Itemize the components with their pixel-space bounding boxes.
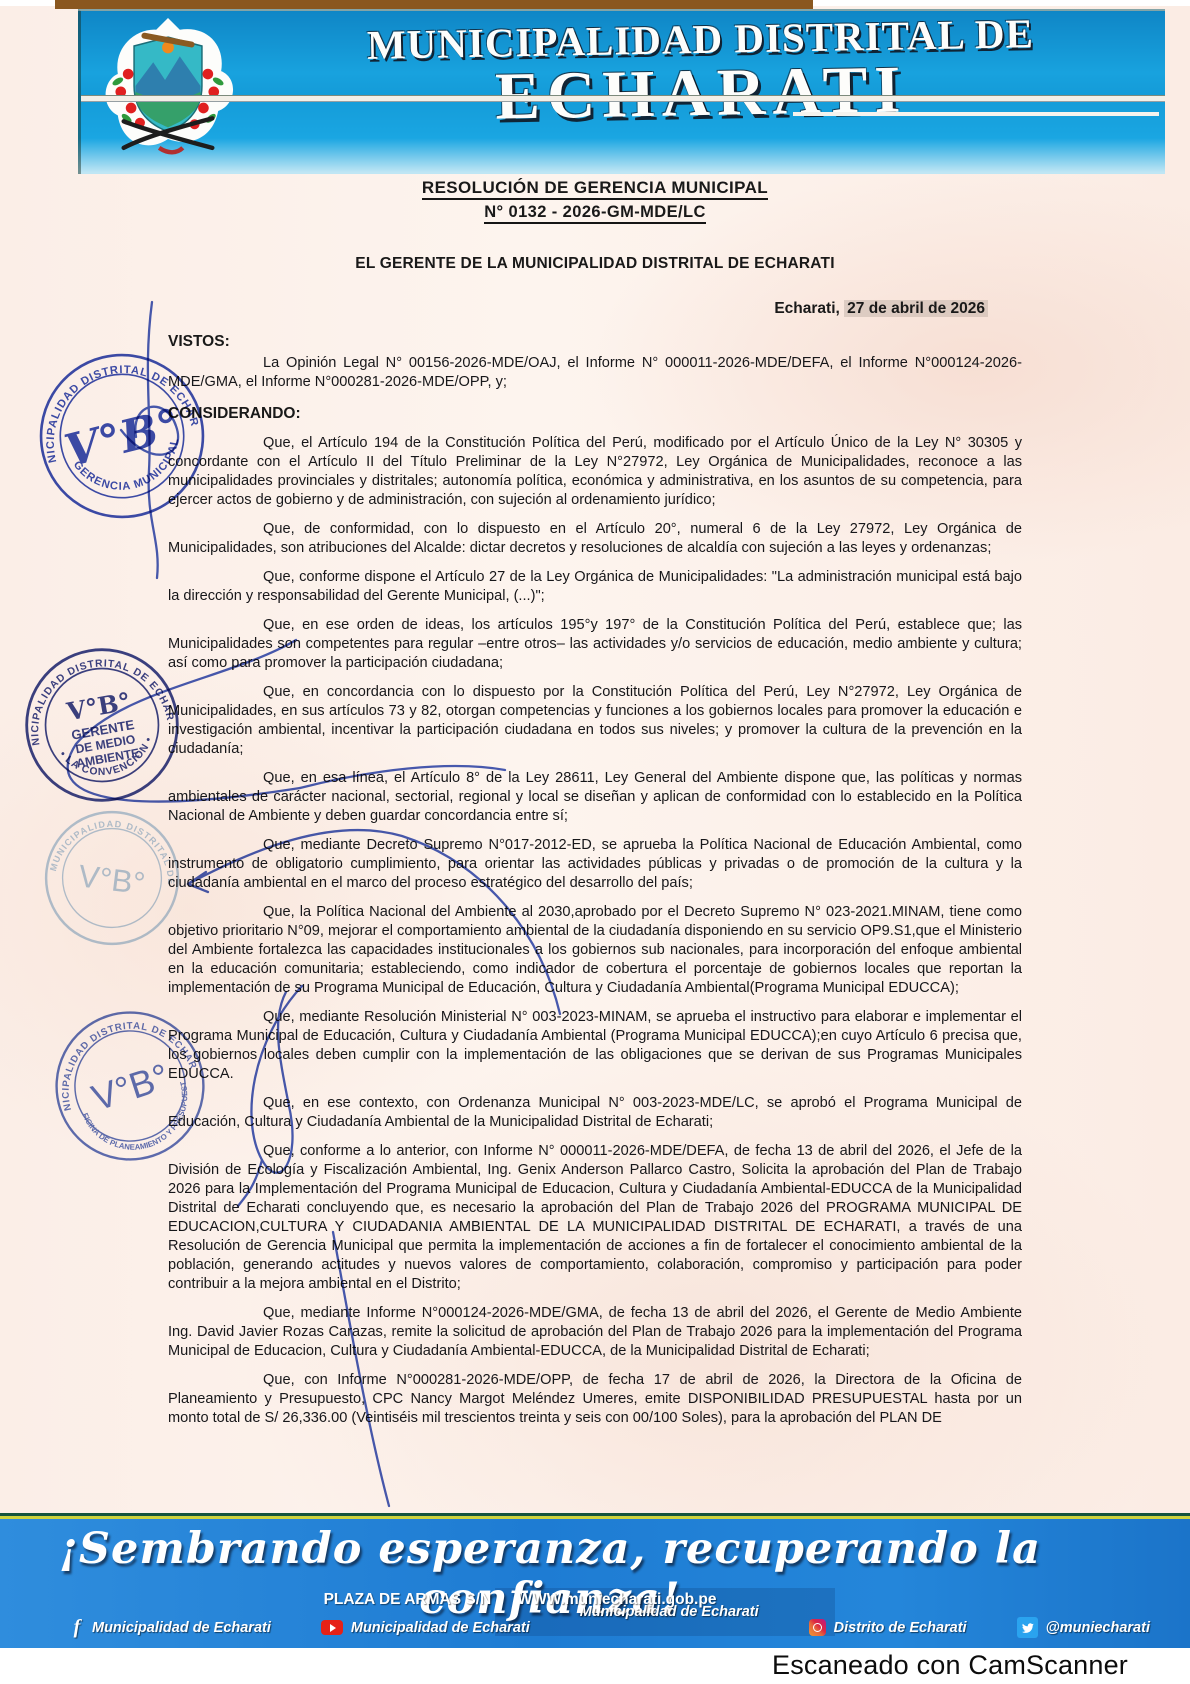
header-banner: MUNICIPALIDAD DISTRITAL DE ECHARATI xyxy=(78,9,1165,174)
social-label: Distrito de Echarati xyxy=(834,1620,967,1636)
dateline-date: 27 de abril de 2026 xyxy=(844,300,988,317)
social-link-3[interactable]: Municipalidad de Echarati xyxy=(580,1604,759,1620)
considerando-paragraph: Que, con Informe N°000281-2026-MDE/OPP, … xyxy=(168,1371,1022,1428)
considerando-paragraph: Que, mediante Resolución Ministerial N° … xyxy=(168,1008,1022,1084)
considerando-label: CONSIDERANDO: xyxy=(168,405,1022,423)
social-link-2[interactable]: Municipalidad de Echarati xyxy=(321,1620,530,1636)
vistos-paragraph: La Opinión Legal N° 00156-2026-MDE/OAJ, … xyxy=(168,354,1022,392)
footer-slogan: ¡Sembrando esperanza, recuperando la con… xyxy=(0,1524,1100,1624)
social-label: Municipalidad de Echarati xyxy=(351,1620,530,1636)
considerando-paragraph: Que, conforme a lo anterior, con Informe… xyxy=(168,1142,1022,1294)
social-label: Municipalidad de Echarati xyxy=(92,1620,271,1636)
dateline-place: Echarati, xyxy=(774,300,839,317)
resolution-number: N° 0132 - 2026-GM-MDE/LC xyxy=(168,203,1022,222)
considerando-paragraphs: Que, el Artículo 194 de la Constitución … xyxy=(168,434,1022,1428)
camscanner-attribution: Escaneado con CamScanner xyxy=(772,1650,1128,1681)
resolution-title: RESOLUCIÓN DE GERENCIA MUNICIPAL xyxy=(168,178,1022,198)
instagram-icon xyxy=(809,1619,826,1636)
footer-social-row: fMunicipalidad de EcharatiMunicipalidad … xyxy=(70,1616,1150,1639)
considerando-paragraph: Que, conforme dispone el Artículo 27 de … xyxy=(168,568,1022,606)
scanned-resolution-page: MUNICIPALIDAD DISTRITAL DE ECHARATI RESO… xyxy=(0,0,1190,1684)
considerando-paragraph: Que, el Artículo 194 de la Constitución … xyxy=(168,434,1022,510)
considerando-paragraph: Que, en ese contexto, con Ordenanza Muni… xyxy=(168,1094,1022,1132)
dateline: Echarati, 27 de abril de 2026 xyxy=(168,300,1022,318)
org-title-block: MUNICIPALIDAD DISTRITAL DE ECHARATI xyxy=(250,7,1152,140)
considerando-paragraph: Que, la Política Nacional del Ambiente a… xyxy=(168,903,1022,998)
document-body: RESOLUCIÓN DE GERENCIA MUNICIPAL N° 0132… xyxy=(168,178,1022,1438)
considerando-paragraph: Que, mediante Informe N°000124-2026-MDE/… xyxy=(168,1304,1022,1361)
camscanner-strip: Escaneado con CamScanner xyxy=(0,1648,1190,1684)
social-label: Municipalidad de Echarati xyxy=(580,1604,759,1620)
youtube-icon xyxy=(321,1620,343,1635)
banner-rule xyxy=(793,112,1159,116)
scan-edge-artifact xyxy=(55,0,813,9)
social-link-5[interactable]: @muniecharati xyxy=(1017,1617,1150,1638)
social-link-4[interactable]: Distrito de Echarati xyxy=(809,1619,967,1636)
social-link-1[interactable]: fMunicipalidad de Echarati xyxy=(70,1616,271,1639)
considerando-paragraph: Que, mediante Decreto Supremo N°017-2012… xyxy=(168,836,1022,893)
considerando-paragraph: Que, en esa línea, el Artículo 8° de la … xyxy=(168,769,1022,826)
addressee-line: EL GERENTE DE LA MUNICIPALIDAD DISTRITAL… xyxy=(168,255,1022,273)
vistos-label: VISTOS: xyxy=(168,333,1022,351)
footer-address-line: PLAZA DE ARMAS S/N WWW.muniecharati.gob.… xyxy=(0,1591,1040,1609)
twitter-icon xyxy=(1017,1617,1038,1638)
municipal-coat-of-arms xyxy=(93,15,243,170)
footer-banner: ¡Sembrando esperanza, recuperando la con… xyxy=(0,1513,1190,1651)
facebook-icon: f xyxy=(70,1616,84,1639)
considerando-paragraph: Que, de conformidad, con lo dispuesto en… xyxy=(168,520,1022,558)
considerando-paragraph: Que, en concordancia con lo dispuesto po… xyxy=(168,683,1022,759)
considerando-paragraph: Que, en ese orden de ideas, los artículo… xyxy=(168,616,1022,673)
banner-separator xyxy=(81,95,1165,102)
social-label: @muniecharati xyxy=(1046,1620,1150,1636)
address-text: PLAZA DE ARMAS S/N xyxy=(324,1591,492,1608)
